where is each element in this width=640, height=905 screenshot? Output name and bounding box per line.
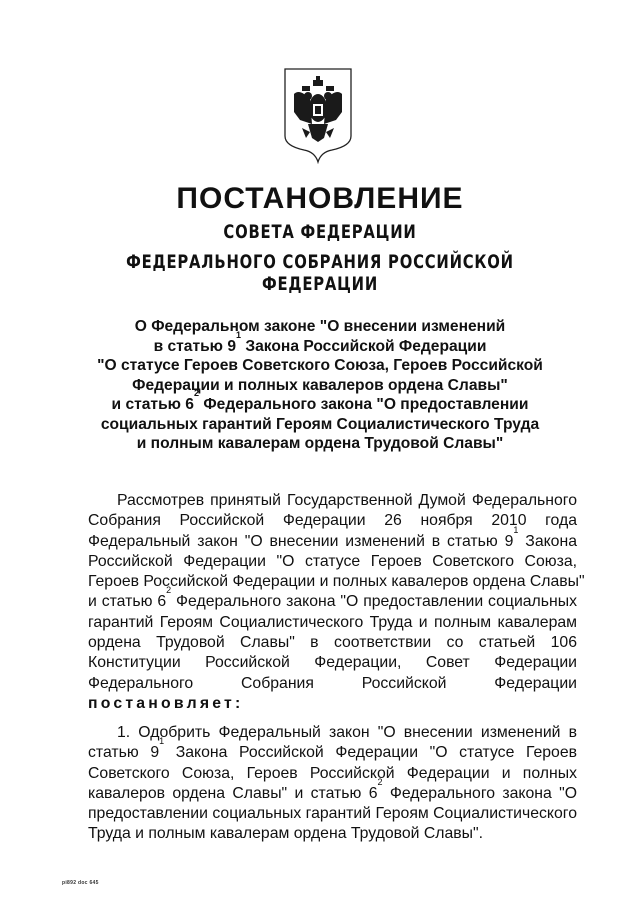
paragraph-line: ордена Трудовой Славы" в соответствии со… — [88, 633, 577, 653]
resolves-word: постановляет: — [88, 694, 577, 714]
subject-line: "О статусе Героев Советского Союза, Геро… — [70, 356, 570, 376]
subject-line: и полным кавалерам ордена Трудовой Славы… — [70, 434, 570, 454]
paragraph-line: кавалеров ордена Славы" и статью 62 Феде… — [88, 784, 577, 804]
superscript: 1 — [159, 736, 164, 746]
paragraph-line: Труда и полным кавалерам ордена Трудовой… — [88, 824, 577, 844]
superscript: 2 — [194, 388, 199, 398]
paragraph-line: предоставлении социальных гарантий Героя… — [88, 804, 577, 824]
paragraph-line: гарантий Героям Социалистического Труда … — [88, 613, 577, 633]
paragraph-line: Федерального Собрания Российской Федерац… — [88, 674, 577, 694]
russian-coat-of-arms-icon — [282, 66, 354, 164]
paragraph-line: и статью 62 Федерального закона "О предо… — [88, 592, 577, 612]
paragraph-line: Российской Федерации "О статусе Героев С… — [88, 552, 577, 572]
text-fragment: Федерального закона "О — [383, 785, 578, 802]
subject-line: и статью 62 Федерального закона "О предо… — [70, 395, 570, 415]
resolution-subject: О Федеральном законе "О внесении изменен… — [70, 317, 570, 454]
paragraph-line: Федеральный закон "О внесении изменений … — [88, 532, 577, 552]
paragraph-line: Героев Российской Федерации и полных кав… — [88, 572, 577, 592]
subject-line: социальных гарантий Героям Социалистичес… — [70, 415, 570, 435]
superscript: 2 — [377, 777, 382, 787]
superscript: 2 — [166, 585, 171, 595]
paragraph-line: статью 91 Закона Российской Федерации "О… — [88, 743, 577, 763]
subject-line: Федерации и полных кавалеров ордена Слав… — [70, 376, 570, 396]
paragraph-line: Конституции Российской Федерации, Совет … — [88, 653, 577, 673]
text-fragment: статью 9 — [88, 744, 159, 761]
document-reference: pi892 doc 645 — [62, 880, 99, 886]
text-fragment: Федеральный закон "О внесении изменений … — [88, 533, 513, 550]
paragraph-line: Советского Союза, Героев Российской Феде… — [88, 764, 577, 784]
clause-1: 1. Одобрить Федеральный закон "О внесени… — [88, 723, 577, 845]
text-fragment: и статью 6 — [112, 396, 194, 413]
paragraph-line: Собрания Российской Федерации 26 ноября … — [88, 511, 577, 531]
text-fragment: Закона — [518, 533, 577, 550]
text-fragment: кавалеров ордена Славы" и статью 6 — [88, 785, 377, 802]
document-title: ПОСТАНОВЛЕНИЕ — [0, 182, 640, 216]
text-fragment: Закона Российской Федерации — [241, 338, 486, 355]
text-fragment: Закона Российской Федерации "О статусе Г… — [164, 744, 577, 761]
text-fragment: в статью 9 — [154, 338, 236, 355]
issuing-body-line2: ФЕДЕРАЛЬНОГО СОБРАНИЯ РОССИЙСКОЙ ФЕДЕРАЦ… — [70, 251, 569, 295]
preamble-paragraph: Рассмотрев принятый Государственной Думо… — [88, 491, 577, 714]
text-fragment: и статью 6 — [88, 593, 166, 610]
text-fragment: Федерального закона "О предоставлении — [199, 396, 528, 413]
paragraph-line: Рассмотрев принятый Государственной Думо… — [88, 491, 577, 511]
text-fragment: Федерального закона "О предоставлении со… — [171, 593, 577, 610]
superscript: 1 — [236, 330, 241, 340]
issuing-body-line1: СОВЕТА ФЕДЕРАЦИИ — [70, 221, 569, 243]
subject-line: О Федеральном законе "О внесении изменен… — [70, 317, 570, 337]
superscript: 1 — [513, 525, 518, 535]
subject-line: в статью 91 Закона Российской Федерации — [70, 337, 570, 357]
